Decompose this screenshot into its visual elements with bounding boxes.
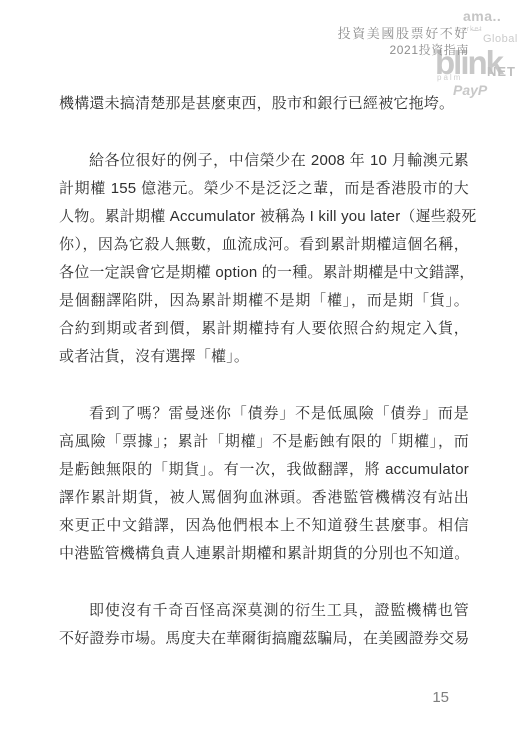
text-line: 譯作累計期貨，被人罵個狗血淋頭。香港監管機構沒有站出 — [59, 484, 469, 512]
text-line: 人物。累計期權 Accumulator 被稱為 I kill you later… — [59, 203, 469, 231]
amazon-smile-icon: ‿ — [471, 17, 481, 31]
text-line: 不好證券市場。馬度夫在華爾街搞龐茲騙局，在美國證券交易 — [59, 625, 469, 653]
text-line: 你），因為它殺人無數，血流成河。看到累計期權這個名稱， — [59, 231, 469, 259]
text-line: 給各位很好的例子，中信榮少在 2008 年 10 月輸澳元累 — [59, 147, 469, 175]
text-line: 或者沽貨，沒有選擇「權」。 — [59, 343, 469, 371]
text-line: 合約到期或者到價，累計期權持有人要依照合約規定入貨， — [59, 315, 469, 343]
text-line: 是個翻譯陷阱，因為累計期權不是期「權」，而是期「貨」。 — [59, 287, 469, 315]
paragraph: 給各位很好的例子，中信榮少在 2008 年 10 月輸澳元累計期權 155 億港… — [59, 147, 469, 371]
paragraph: 機構還未搞清楚那是甚麼東西，股市和銀行已經被它拖垮。 — [59, 90, 469, 118]
book-subtitle: 2021投資指南 — [338, 43, 469, 58]
text-line: 機構還未搞清楚那是甚麼東西，股市和銀行已經被它拖垮。 — [59, 90, 469, 118]
text-line: 中港監管機構負責人連累計期權和累計期貨的分別也不知道。 — [59, 540, 469, 568]
global-logo-fragment: Global — [483, 33, 518, 45]
palm-logo-fragment: palm — [437, 73, 462, 82]
text-line: 即使沒有千奇百怪高深莫測的衍生工具，證監機構也管 — [59, 597, 469, 625]
book-title: 投資美國股票好不好 — [338, 25, 469, 42]
text-line: 計期權 155 億港元。榮少不是泛泛之輩，而是香港股市的大 — [59, 175, 469, 203]
text-line: 來更正中文錯譯，因為他們根本上不知道發生甚麼事。相信 — [59, 512, 469, 540]
net-logo-fragment: NET — [487, 64, 516, 79]
text-line: 看到了嗎？雷曼迷你「債券」不是低風險「債券」而是 — [59, 400, 469, 428]
paragraph: 看到了嗎？雷曼迷你「債券」不是低風險「債券」而是高風險「票據」；累計「期權」不是… — [59, 400, 469, 568]
text-line: 是虧蝕無限的「期貨」。有一次，我做翻譯，將 accumulator — [59, 456, 469, 484]
page-number: 15 — [432, 689, 449, 706]
running-header: 投資美國股票好不好 2021投資指南 — [338, 25, 469, 58]
book-page: ama.. ‿ market Global blink NET palm Pay… — [0, 0, 525, 735]
amazon-logo-fragment: ama.. — [463, 8, 501, 24]
text-line: 高風險「票據」；累計「期權」不是虧蝕有限的「期權」，而 — [59, 428, 469, 456]
page-body: 機構還未搞清楚那是甚麼東西，股市和銀行已經被它拖垮。給各位很好的例子，中信榮少在… — [59, 90, 469, 653]
text-line: 各位一定誤會它是期權 option 的一種。累計期權是中文錯譯， — [59, 259, 469, 287]
paragraph: 即使沒有千奇百怪高深莫測的衍生工具，證監機構也管不好證券市場。馬度夫在華爾街搞龐… — [59, 597, 469, 653]
